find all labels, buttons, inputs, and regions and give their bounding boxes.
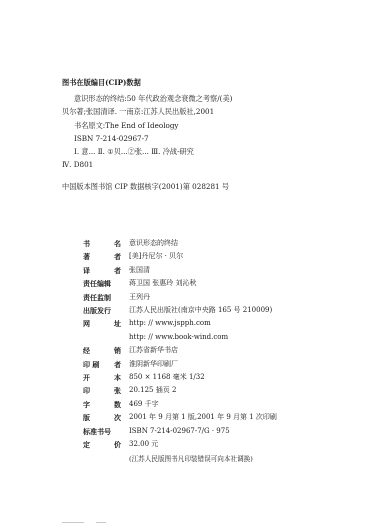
colophon-row-edition: 版次2001 年 9 月第 1 版,2001 年 9 月第 1 次印刷 — [83, 411, 343, 424]
colophon-row-website: 网址http: // www.jspph.com — [83, 317, 343, 330]
row-label: 出版发行 — [83, 304, 121, 317]
row-value: 32.00 元 — [129, 438, 158, 451]
colophon-row-supervisor: 责任监制王列丹 — [83, 291, 343, 304]
page-footer-mark — [96, 522, 106, 523]
row-label: 字数 — [83, 398, 121, 411]
row-label: 开本 — [83, 371, 121, 384]
row-value: 469 千字 — [129, 398, 159, 411]
row-value: [美]丹尼尔 · 贝尔 — [129, 250, 183, 263]
row-value: 2001 年 9 月第 1 版,2001 年 9 月第 1 次印刷 — [129, 411, 277, 424]
cip-line-original-title: 书名原文:The End of Ideology — [62, 119, 322, 132]
colophon-row-distributor: 经销江苏省新华书店 — [83, 344, 343, 357]
row-label: 著者 — [83, 250, 121, 263]
colophon-row-translator: 译者张国清 — [83, 264, 343, 277]
colophon-row-title: 书名意识形态的终结 — [83, 237, 343, 250]
row-label: 责任编辑 — [83, 277, 121, 290]
colophon-row-website-2: http: // www.book-wind.com — [83, 331, 343, 344]
colophon-row-author: 著者[美]丹尼尔 · 贝尔 — [83, 250, 343, 263]
colophon-block: 书名意识形态的终结 著者[美]丹尼尔 · 贝尔 译者张国清 责任编辑蒋卫国 张惠… — [83, 237, 343, 466]
cip-block: 图书在版编目(CIP)数据 意识形态的终结:50 年代政治观念衰微之考察/(美)… — [62, 76, 322, 194]
colophon-row-isbn: 标准书号ISBN 7-214-02967-7/G · 975 — [83, 425, 343, 438]
row-value: 江苏人民出版社(南京中央路 165 号 210009) — [129, 304, 272, 317]
page-footer-mark — [62, 522, 84, 523]
row-value: 850 × 1168 毫米 1/32 — [129, 371, 205, 384]
row-value: 王列丹 — [129, 291, 150, 304]
colophon-row-price: 定价32.00 元 — [83, 438, 343, 451]
cip-line-title: 意识形态的终结:50 年代政治观念衰微之考察/(美) — [62, 92, 322, 105]
cip-line-author: 贝尔著;张国清译. 一南京:江苏人民出版社,2001 — [62, 105, 322, 118]
website-link: http: // www.jspph.com — [129, 317, 211, 330]
row-value: 意识形态的终结 — [129, 237, 178, 250]
row-label: 书名 — [83, 237, 121, 250]
colophon-row-editors: 责任编辑蒋卫国 张惠玲 刘沁秋 — [83, 277, 343, 290]
row-label: 定价 — [83, 438, 121, 451]
row-value: 张国清 — [129, 264, 150, 277]
colophon-row-sheets: 印张20.125 插页 2 — [83, 384, 343, 397]
row-label: 译者 — [83, 264, 121, 277]
row-value: 蒋卫国 张惠玲 刘沁秋 — [129, 277, 196, 290]
row-label: 责任监制 — [83, 291, 121, 304]
row-value: ISBN 7-214-02967-7/G · 975 — [129, 425, 230, 438]
colophon-note: (江苏人民版图书凡印装错误可向本社调换) — [83, 453, 343, 466]
row-label: 标准书号 — [83, 425, 121, 438]
row-value: 20.125 插页 2 — [129, 384, 176, 397]
cip-heading: 图书在版编目(CIP)数据 — [62, 76, 322, 89]
colophon-row-wordcount: 字数469 千字 — [83, 398, 343, 411]
cip-line-subjects: Ⅰ. 意... Ⅱ. ①贝...②张... Ⅲ. 冷战-研究 — [62, 145, 322, 158]
row-label: 网址 — [83, 317, 121, 330]
cip-line-classification: Ⅳ. D801 — [62, 158, 322, 171]
cip-line-isbn: ISBN 7-214-02967-7 — [62, 132, 322, 145]
row-value: 淮阴新华印刷厂 — [129, 358, 178, 371]
row-label: 经销 — [83, 344, 121, 357]
colophon-row-format: 开本850 × 1168 毫米 1/32 — [83, 371, 343, 384]
colophon-row-printer: 印 刷者淮阴新华印刷厂 — [83, 358, 343, 371]
website-link: http: // www.book-wind.com — [129, 331, 228, 344]
row-value: 江苏省新华书店 — [129, 344, 178, 357]
colophon-row-publisher: 出版发行江苏人民出版社(南京中央路 165 号 210009) — [83, 304, 343, 317]
row-label: 版次 — [83, 411, 121, 424]
row-label: 印张 — [83, 384, 121, 397]
row-label: 印 刷者 — [83, 358, 121, 371]
cip-verification: 中国版本图书馆 CIP 数据核字(2001)第 028281 号 — [62, 180, 322, 193]
